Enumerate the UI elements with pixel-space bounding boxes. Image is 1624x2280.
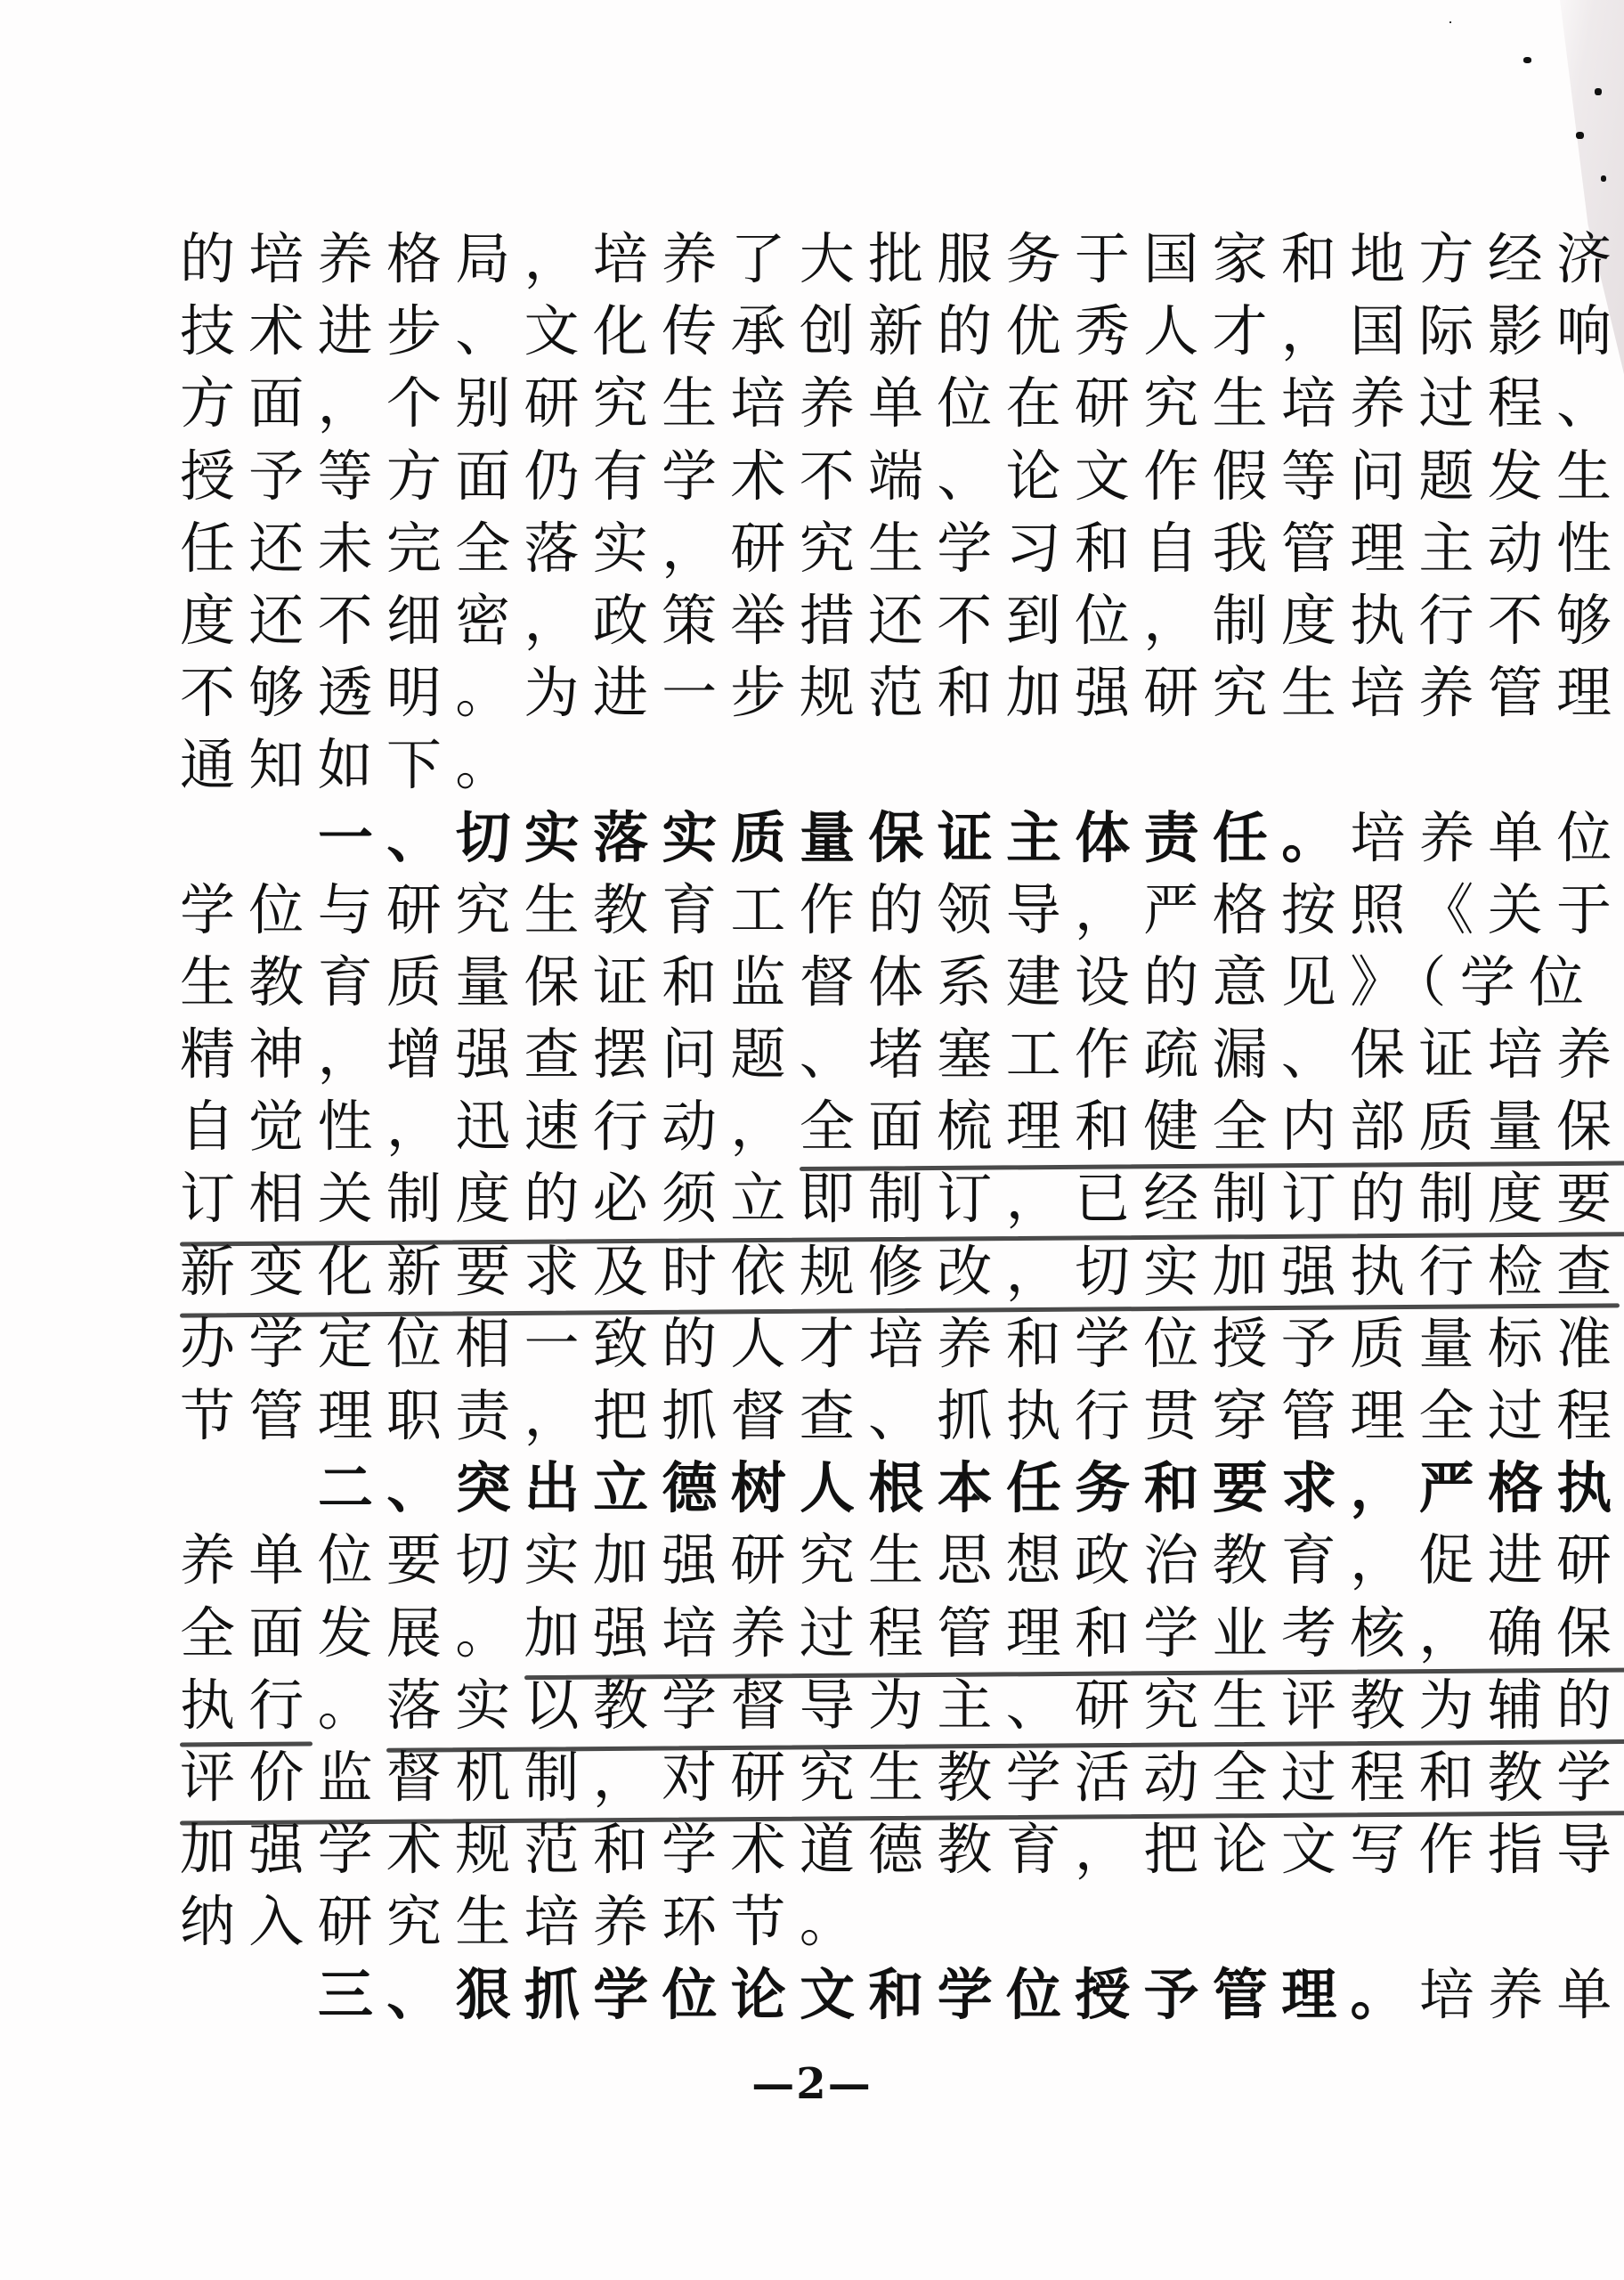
- scan-speck: [1449, 21, 1451, 23]
- paragraph-line: 节管理职责，把抓督查、抓执行贯穿管理全过程。: [180, 1380, 1430, 1452]
- body-text: 全面发展。: [180, 1600, 524, 1665]
- page-number: —2—: [0, 2059, 1624, 2109]
- underlined-text: 新变化新要求及时依规修改，切实加强执行检查: [180, 1239, 1624, 1304]
- paragraph-line: 学位与研究生教育工作的领导，严格按照《关于加强学位与研究: [180, 874, 1430, 946]
- paragraph-line: 精神，增强查摆问题、堵塞工作疏漏、保证培养质量的紧迫感和: [180, 1018, 1430, 1090]
- section-title: 三、狠抓学位论文和学位授予管理。: [318, 1962, 1419, 2027]
- body-text: 技术进步、文化传承创新的优秀人才，国际影响不断扩大。另一: [180, 298, 1624, 363]
- underlined-text: 加强培养过程管理和学业考核，确保培养方案的严格: [524, 1600, 1624, 1665]
- underlined-text: 执行: [180, 1673, 318, 1738]
- body-text: 。: [318, 1673, 386, 1738]
- paragraph-line: 度还不细密，政策举措还不到位，制度执行不够严格、监督管理: [180, 584, 1430, 656]
- paragraph-line: 加强学术规范和学术道德教育，把论文写作指导课程作为必修课: [180, 1813, 1430, 1885]
- body-text: 不够透明。为进一步规范和加强研究生培养管理，现将有关要求: [180, 660, 1624, 725]
- paragraph-line: 评价监督机制，对研究生教学活动全过程和教学效果进行监督。: [180, 1741, 1430, 1813]
- document-body: 的培养格局，培养了大批服务于国家和地方经济社会发展、科学技术进步、文化传承创新的…: [180, 223, 1430, 2031]
- paragraph-line: 办学定位相一致的人才培养和学位授予质量标准，严格落实各环: [180, 1307, 1430, 1380]
- section-heading-line: 三、狠抓学位论文和学位授予管理。培养单位要珍惜用好办: [180, 1958, 1430, 2031]
- body-text: 加强学术规范和学术道德教育，把论文写作指导课程作为必修课: [180, 1817, 1624, 1882]
- body-text: 任还未完全落实，研究生学习和自我管理主动性还不足，管理制: [180, 516, 1624, 581]
- body-text: 自觉性，迅速行动，: [180, 1094, 800, 1159]
- paragraph-line: 生教育质量保证和监督体系建设的意见》（学位〔2014〕3 号）: [180, 946, 1430, 1018]
- paragraph-line: 执行。落实以教学督导为主、研究生评教为辅的研究生课程教学: [180, 1669, 1430, 1741]
- paragraph-line: 全面发展。加强培养过程管理和学业考核，确保培养方案的严格: [180, 1597, 1430, 1669]
- body-text: 养单位要切实加强研究生思想政治教育，促进研究生德智体美劳: [180, 1527, 1624, 1592]
- body-text: 学位与研究生教育工作的领导，严格按照《关于加强学位与研究: [180, 877, 1624, 942]
- underlined-text: 评价监督机制，对研究生教学活动全过程和教学效果进行监督。: [180, 1745, 1624, 1810]
- paragraph-line: 通知如下。: [180, 729, 1430, 801]
- scan-speck: [1601, 175, 1606, 182]
- paragraph-line: 方面，个别研究生培养单位在研究生培养过程、师德师风、学位: [180, 367, 1430, 439]
- underlined-text: 全面梳理和健全内部质量保证体系: [800, 1094, 1624, 1159]
- body-text: 的培养格局，培养了大批服务于国家和地方经济社会发展、科学: [180, 226, 1624, 291]
- body-text: 授予等方面仍有学术不端、论文作假等问题发生，暴露了导师责: [180, 444, 1624, 509]
- paragraph-line: 新变化新要求及时依规修改，切实加强执行检查。完善与本单位: [180, 1235, 1430, 1307]
- body-text: 通知如下。: [180, 732, 524, 797]
- body-text: 节管理职责，把抓督查、抓执行贯穿管理全过程。: [180, 1383, 1624, 1448]
- paragraph-line: 纳入研究生培养环节。: [180, 1885, 1430, 1958]
- body-text: 纳入研究生培养环节。: [180, 1889, 868, 1954]
- body-text: 生教育质量保证和监督体系建设的意见》（学位〔2014〕3 号）: [180, 949, 1624, 1014]
- paragraph-line: 订相关制度的必须立即制订，已经制订的制度要根据实际情况的: [180, 1162, 1430, 1234]
- body-text: 精神，增强查摆问题、堵塞工作疏漏、保证培养质量的紧迫感和: [180, 1022, 1624, 1087]
- section-title: 二、突出立德树人根本任务和要求，严格执行培养制度。: [318, 1455, 1624, 1520]
- scan-speck: [1523, 57, 1531, 63]
- underlined-text: 订相关制度的必须立即制订，已经制订的制度要根据实际情况的: [180, 1166, 1624, 1231]
- paragraph-line: 养单位要切实加强研究生思想政治教育，促进研究生德智体美劳: [180, 1524, 1430, 1596]
- body-text: 培养单位要珍惜用好办: [1419, 1962, 1624, 2027]
- section-title: 一、切实落实质量保证主体责任。: [318, 805, 1351, 870]
- body-text: 办学定位相一致的人才培养和学位授予质量标准，严格落实各环: [180, 1311, 1624, 1376]
- paragraph-line: 授予等方面仍有学术不端、论文作假等问题发生，暴露了导师责: [180, 440, 1430, 512]
- paragraph-line: 任还未完全落实，研究生学习和自我管理主动性还不足，管理制: [180, 512, 1430, 584]
- section-heading-line: 二、突出立德树人根本任务和要求，严格执行培养制度。培: [180, 1452, 1430, 1524]
- scan-speck: [1576, 132, 1584, 139]
- paragraph-line: 技术进步、文化传承创新的优秀人才，国际影响不断扩大。另一: [180, 295, 1430, 367]
- body-text: 方面，个别研究生培养单位在研究生培养过程、师德师风、学位: [180, 370, 1624, 436]
- paragraph-line: 的培养格局，培养了大批服务于国家和地方经济社会发展、科学: [180, 223, 1430, 295]
- paragraph-line: 不够透明。为进一步规范和加强研究生培养管理，现将有关要求: [180, 656, 1430, 729]
- scan-speck: [1595, 88, 1602, 95]
- section-heading-line: 一、切实落实质量保证主体责任。培养单位要切实加强党对: [180, 802, 1430, 874]
- underlined-text: 落实以教学督导为主、研究生评教为辅的研究生课程教学: [386, 1673, 1624, 1738]
- paragraph-line: 自觉性，迅速行动，全面梳理和健全内部质量保证体系，没有制: [180, 1090, 1430, 1162]
- body-text: 度还不细密，政策举措还不到位，制度执行不够严格、监督管理: [180, 588, 1624, 653]
- body-text: 培养单位要切实加强党对: [1351, 805, 1624, 870]
